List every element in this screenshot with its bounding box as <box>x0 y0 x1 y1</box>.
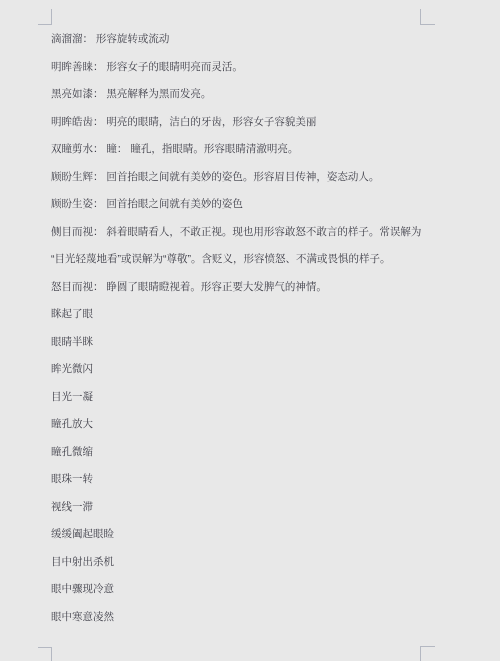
text-line: 视线一滞 <box>51 494 429 522</box>
text-line: 眼中寒意凌然 <box>51 604 429 632</box>
text-line: 明眸皓齿： 明亮的眼睛，洁白的牙齿，形容女子容貌美丽 <box>51 109 429 137</box>
text-line: 瞳孔微缩 <box>51 439 429 467</box>
text-boundary-mark-top-left <box>38 9 52 25</box>
text-line: 缓缓阖起眼睑 <box>51 521 429 549</box>
text-line: 滴溜溜： 形容旋转或流动 <box>51 26 429 54</box>
text-line: 黑亮如漆： 黑亮解释为黑而发亮。 <box>51 81 429 109</box>
text-line: 双瞳剪水： 瞳： 瞳孔，指眼睛。形容眼睛清澈明亮。 <box>51 136 429 164</box>
text-line: 眯起了眼 <box>51 301 429 329</box>
text-line: 顾盼生辉： 回首抬眼之间就有美妙的姿色。形容眉目传神，姿态动人。 <box>51 164 429 192</box>
text-line: 眼睛半眯 <box>51 329 429 357</box>
text-line: 眸光微闪 <box>51 356 429 384</box>
text-line: 眼中骤现冷意 <box>51 576 429 604</box>
text-line: 明眸善睐： 形容女子的眼睛明亮而灵活。 <box>51 54 429 82</box>
text-line: 眼珠一转 <box>51 466 429 494</box>
text-line: 目中射出杀机 <box>51 549 429 577</box>
text-line: 目光一凝 <box>51 384 429 412</box>
document-page: 滴溜溜： 形容旋转或流动明眸善睐： 形容女子的眼睛明亮而灵活。黑亮如漆： 黑亮解… <box>0 0 500 661</box>
text-boundary-mark-bottom-right <box>420 646 435 661</box>
text-line: 顾盼生姿： 回首抬眼之间就有美妙的姿色 <box>51 191 429 219</box>
text-line: 瞳孔放大 <box>51 411 429 439</box>
document-view: { "page": { "background_color": "#e8e8e8… <box>0 0 500 661</box>
text-boundary-mark-bottom-left <box>38 647 52 661</box>
text-line: 侧目而视： 斜着眼睛看人，不敢正视。现也用形容敢怒不敢言的样子。常误解为 <box>51 219 429 247</box>
text-line: 怒目而视： 睁圆了眼睛瞪视着。形容正要大发脾气的神情。 <box>51 274 429 302</box>
text-line: “目光轻蔑地看”或误解为“尊敬”。含贬义，形容愤怒、不满或畏惧的样子。 <box>51 246 429 274</box>
document-text: 滴溜溜： 形容旋转或流动明眸善睐： 形容女子的眼睛明亮而灵活。黑亮如漆： 黑亮解… <box>51 26 429 631</box>
text-boundary-mark-top-right <box>420 9 435 25</box>
